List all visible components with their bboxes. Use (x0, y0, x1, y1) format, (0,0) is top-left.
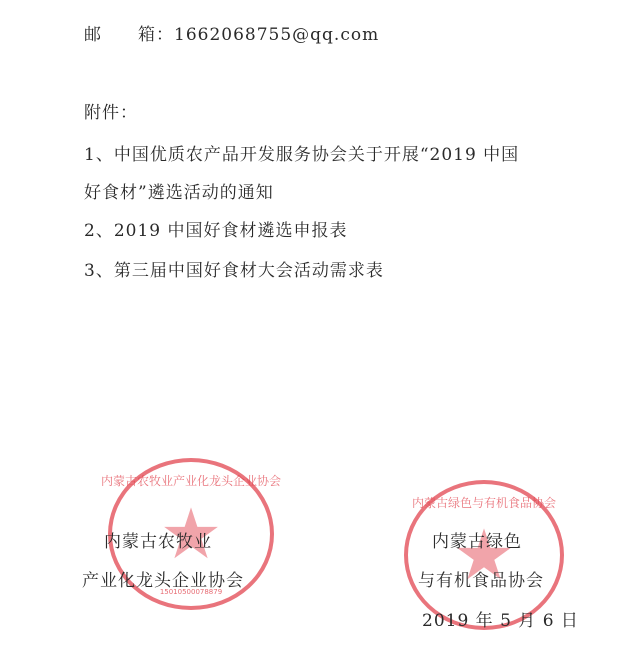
left-org-line1: 内蒙古农牧业 (104, 527, 212, 552)
attachment-item-1-line1: 1、中国优质农产品开发服务协会关于开展“2019 中国 (84, 140, 519, 165)
right-org-line2: 与有机食品协会 (418, 566, 544, 591)
stamp-arc-text: 内蒙古绿色与有机食品协会 (412, 494, 556, 511)
attachment-item-2: 2、2019 中国好食材遴选申报表 (84, 216, 347, 241)
attachments-heading: 附件： (84, 98, 138, 123)
signing-date: 2019 年 5 月 6 日 (422, 606, 579, 631)
email-label: 邮 箱： (84, 25, 174, 45)
email-line: 邮 箱：1662068755@qq.com (84, 20, 379, 45)
attachment-item-1-line2: 好食材”遴选活动的通知 (84, 178, 274, 203)
right-org-line1: 内蒙古绿色 (432, 527, 522, 552)
stamp-arc-text: 内蒙古农牧业产业化龙头企业协会 (101, 472, 281, 489)
email-value: 1662068755@qq.com (174, 25, 379, 45)
left-org-line2: 产业化龙头企业协会 (82, 566, 244, 591)
attachment-item-3: 3、第三届中国好食材大会活动需求表 (84, 256, 384, 281)
